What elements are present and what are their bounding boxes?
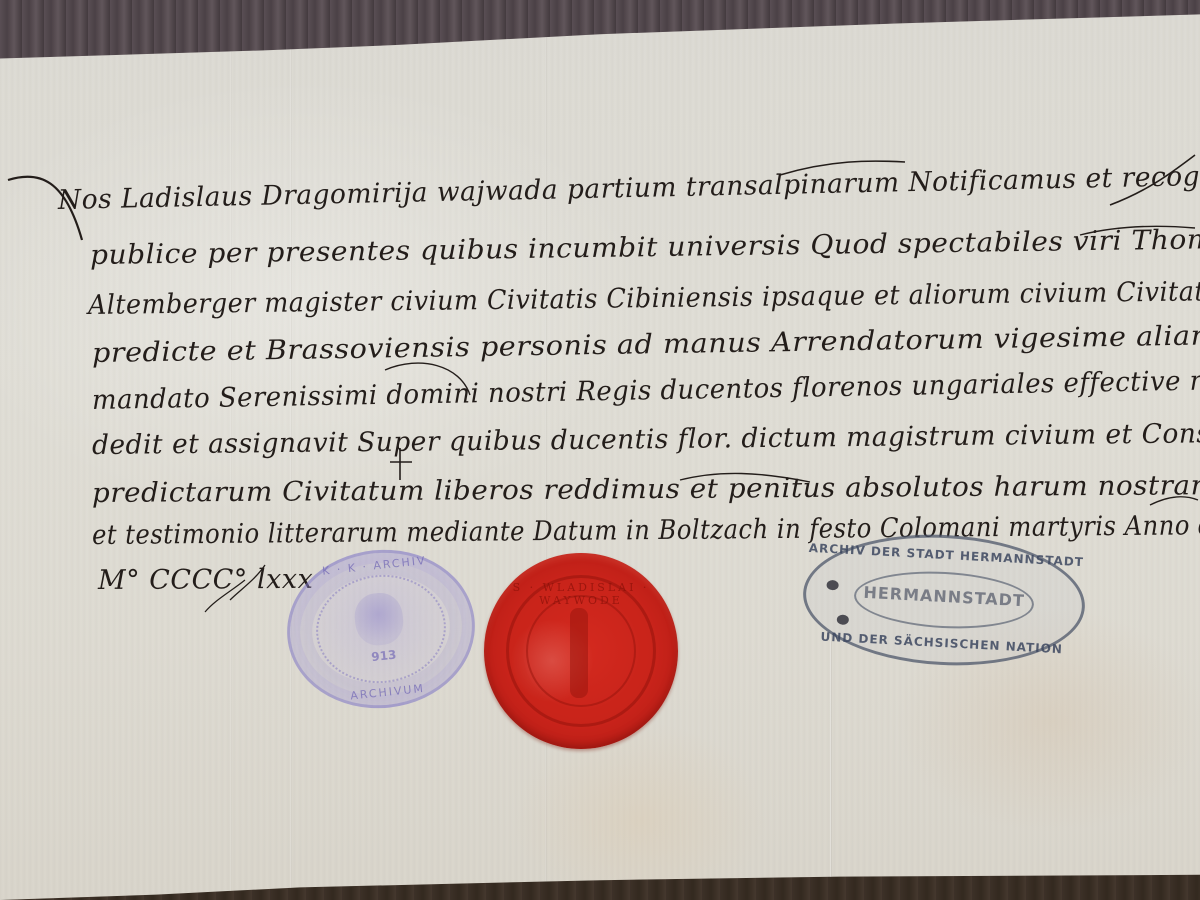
- manuscript-text: Nos Ladislaus Dragomirija wajwada partiu…: [0, 0, 1200, 900]
- manuscript-paper: Nos Ladislaus Dragomirija wajwada partiu…: [0, 0, 1200, 900]
- text-line-4: predicte et Brassoviensis personis ad ma…: [92, 319, 1200, 369]
- wax-seal-figure-icon: [570, 608, 588, 698]
- wax-seal-legend: S · WLADISLAI · WAYWODE: [484, 581, 678, 607]
- photo-stage: Nos Ladislaus Dragomirija wajwada partiu…: [0, 0, 1200, 900]
- text-line-8: et testimonio litterarum mediante Datum …: [92, 510, 1200, 551]
- red-wax-seal: S · WLADISLAI · WAYWODE: [484, 553, 678, 749]
- text-line-3: Altemberger magister civium Civitatis Ci…: [88, 276, 1200, 321]
- ink-blot: [837, 614, 850, 625]
- text-line-6: dedit et assignavit Super quibus ducenti…: [92, 418, 1200, 461]
- text-line-9-date: M° CCCC° lxxx: [98, 564, 313, 596]
- text-line-2: publice per presentes quibus incumbit un…: [90, 224, 1200, 271]
- text-line-1: Nos Ladislaus Dragomirija wajwada partiu…: [58, 158, 1200, 216]
- text-line-5: mandato Serenissimi domini nostri Regis …: [92, 365, 1200, 416]
- text-line-7: predictarum Civitatum liberos reddimus e…: [92, 469, 1200, 509]
